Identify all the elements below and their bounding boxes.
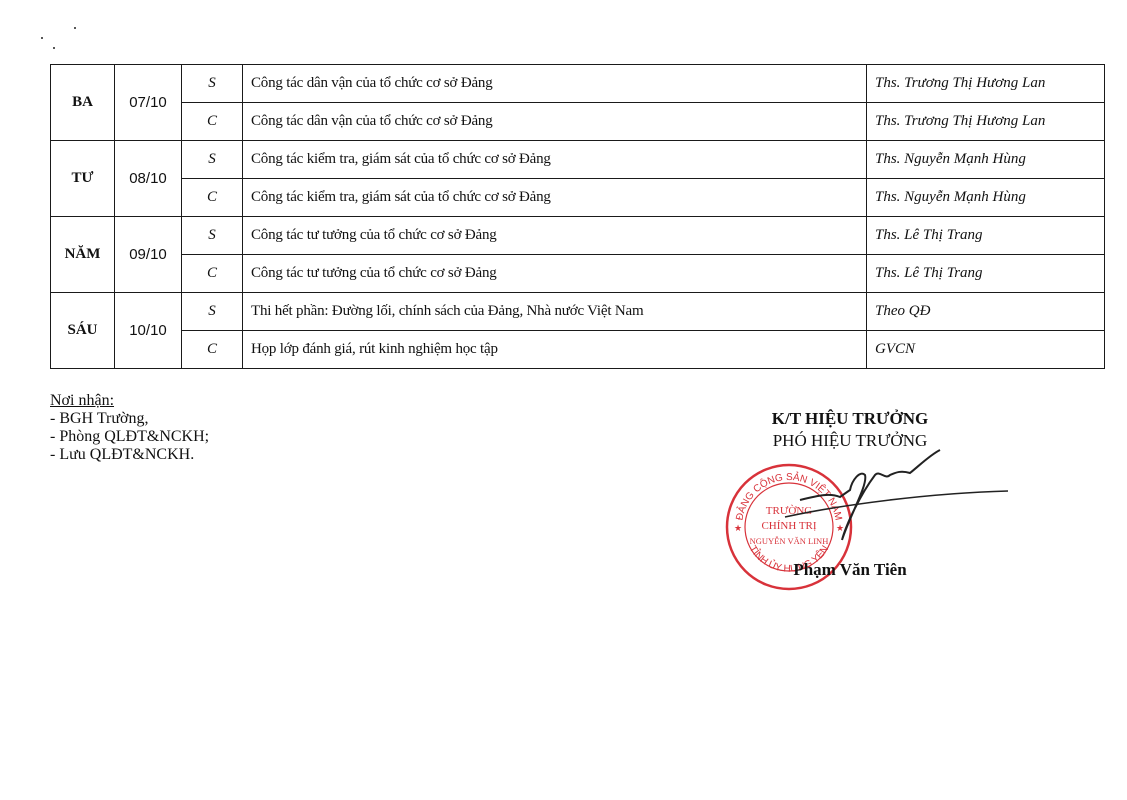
scan-speck: [53, 47, 55, 49]
recipients-block: Nơi nhận: - BGH Trường, - Phòng QLĐT&NCK…: [50, 392, 209, 464]
recipients-title: Nơi nhận:: [50, 392, 209, 410]
topic-cell: Công tác tư tưởng của tổ chức cơ sở Đảng: [243, 217, 867, 255]
date-cell: 07/10: [115, 65, 182, 141]
table-row: CHọp lớp đánh giá, rút kinh nghiệm học t…: [51, 331, 1105, 369]
lecturer-cell: Ths. Lê Thị Trang: [867, 217, 1105, 255]
lecturer-cell: GVCN: [867, 331, 1105, 369]
day-cell: BA: [51, 65, 115, 141]
date-cell: 09/10: [115, 217, 182, 293]
recipient-item: - Phòng QLĐT&NCKH;: [50, 428, 209, 446]
day-cell: TƯ: [51, 141, 115, 217]
topic-cell: Công tác dân vận của tổ chức cơ sở Đảng: [243, 103, 867, 141]
topic-cell: Công tác tư tưởng của tổ chức cơ sở Đảng: [243, 255, 867, 293]
handwritten-signature-icon: [780, 445, 1010, 545]
lecturer-cell: Ths. Nguyễn Mạnh Hùng: [867, 141, 1105, 179]
topic-cell: Công tác kiểm tra, giám sát của tổ chức …: [243, 141, 867, 179]
table-row: CCông tác kiểm tra, giám sát của tổ chức…: [51, 179, 1105, 217]
table-row: SÁU10/10SThi hết phần: Đường lối, chính …: [51, 293, 1105, 331]
signer-name: Phạm Văn Tiên: [770, 560, 930, 580]
table-row: CCông tác dân vận của tổ chức cơ sở Đảng…: [51, 103, 1105, 141]
topic-cell: Thi hết phần: Đường lối, chính sách của …: [243, 293, 867, 331]
session-cell: C: [182, 103, 243, 141]
topic-cell: Họp lớp đánh giá, rút kinh nghiệm học tậ…: [243, 331, 867, 369]
table-row: TƯ08/10SCông tác kiểm tra, giám sát của …: [51, 141, 1105, 179]
lecturer-cell: Theo QĐ: [867, 293, 1105, 331]
schedule-table: BA07/10SCông tác dân vận của tổ chức cơ …: [50, 64, 1105, 369]
lecturer-cell: Ths. Trương Thị Hương Lan: [867, 103, 1105, 141]
topic-cell: Công tác dân vận của tổ chức cơ sở Đảng: [243, 65, 867, 103]
session-cell: S: [182, 141, 243, 179]
session-cell: C: [182, 255, 243, 293]
lecturer-cell: Ths. Lê Thị Trang: [867, 255, 1105, 293]
session-cell: S: [182, 217, 243, 255]
recipient-item: - Lưu QLĐT&NCKH.: [50, 446, 209, 464]
scan-speck: [41, 37, 43, 39]
date-cell: 08/10: [115, 141, 182, 217]
lecturer-cell: Ths. Trương Thị Hương Lan: [867, 65, 1105, 103]
session-cell: C: [182, 331, 243, 369]
day-cell: SÁU: [51, 293, 115, 369]
table-row: CCông tác tư tưởng của tổ chức cơ sở Đản…: [51, 255, 1105, 293]
scan-speck: [74, 27, 76, 29]
lecturer-cell: Ths. Nguyễn Mạnh Hùng: [867, 179, 1105, 217]
recipient-item: - BGH Trường,: [50, 410, 209, 428]
table-row: NĂM09/10SCông tác tư tưởng của tổ chức c…: [51, 217, 1105, 255]
date-cell: 10/10: [115, 293, 182, 369]
table-row: BA07/10SCông tác dân vận của tổ chức cơ …: [51, 65, 1105, 103]
session-cell: S: [182, 293, 243, 331]
signature-title: K/T HIỆU TRƯỞNG: [745, 408, 955, 430]
topic-cell: Công tác kiểm tra, giám sát của tổ chức …: [243, 179, 867, 217]
session-cell: S: [182, 65, 243, 103]
svg-text:★: ★: [734, 523, 742, 533]
day-cell: NĂM: [51, 217, 115, 293]
session-cell: C: [182, 179, 243, 217]
